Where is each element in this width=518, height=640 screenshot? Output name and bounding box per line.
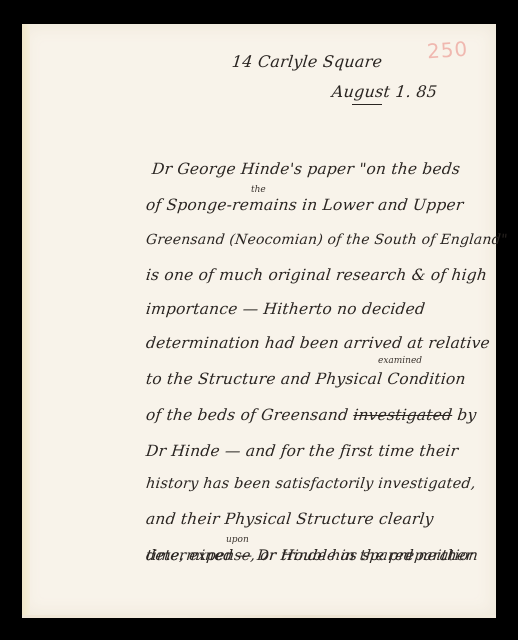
letter-line: of Sponge-remains in Lower and Upper <box>145 196 464 214</box>
letter-line-with-strikethrough: of the beds of Greensand investigated by <box>145 406 477 424</box>
letter-line: importance — Hitherto no decided <box>145 300 426 318</box>
interlinear-insertion: upon <box>226 535 249 545</box>
line-text-before: of the beds of Greensand <box>145 406 354 424</box>
line-text-after: by <box>451 406 477 424</box>
letter-line: determination had been arrived at relati… <box>145 334 491 352</box>
letter-address: 14 Carlyle Square <box>231 52 383 71</box>
struck-word: investigated <box>352 406 453 424</box>
letter-line: to the Structure and Physical Condition <box>145 370 467 388</box>
letter-line: is one of much original research & of hi… <box>145 266 488 284</box>
interlinear-insertion: examined <box>378 356 422 366</box>
letter-line: and their Physical Structure clearly <box>145 510 435 528</box>
folio-number: 250 <box>426 37 469 64</box>
letter-date: August 1. 85 <box>331 82 438 101</box>
interlinear-insertion: the <box>251 185 266 195</box>
letter-line: time, expense, or trouble in the prepara… <box>145 548 479 564</box>
date-underline <box>352 104 382 105</box>
letter-line: history has been satisfactorily investig… <box>145 476 476 492</box>
letter-line: Greensand (Neocomian) of the South of En… <box>145 232 508 248</box>
letter-line: Dr Hinde — and for the first time their <box>145 442 459 460</box>
letter-line: Dr George Hinde's paper "on the beds <box>151 160 461 178</box>
